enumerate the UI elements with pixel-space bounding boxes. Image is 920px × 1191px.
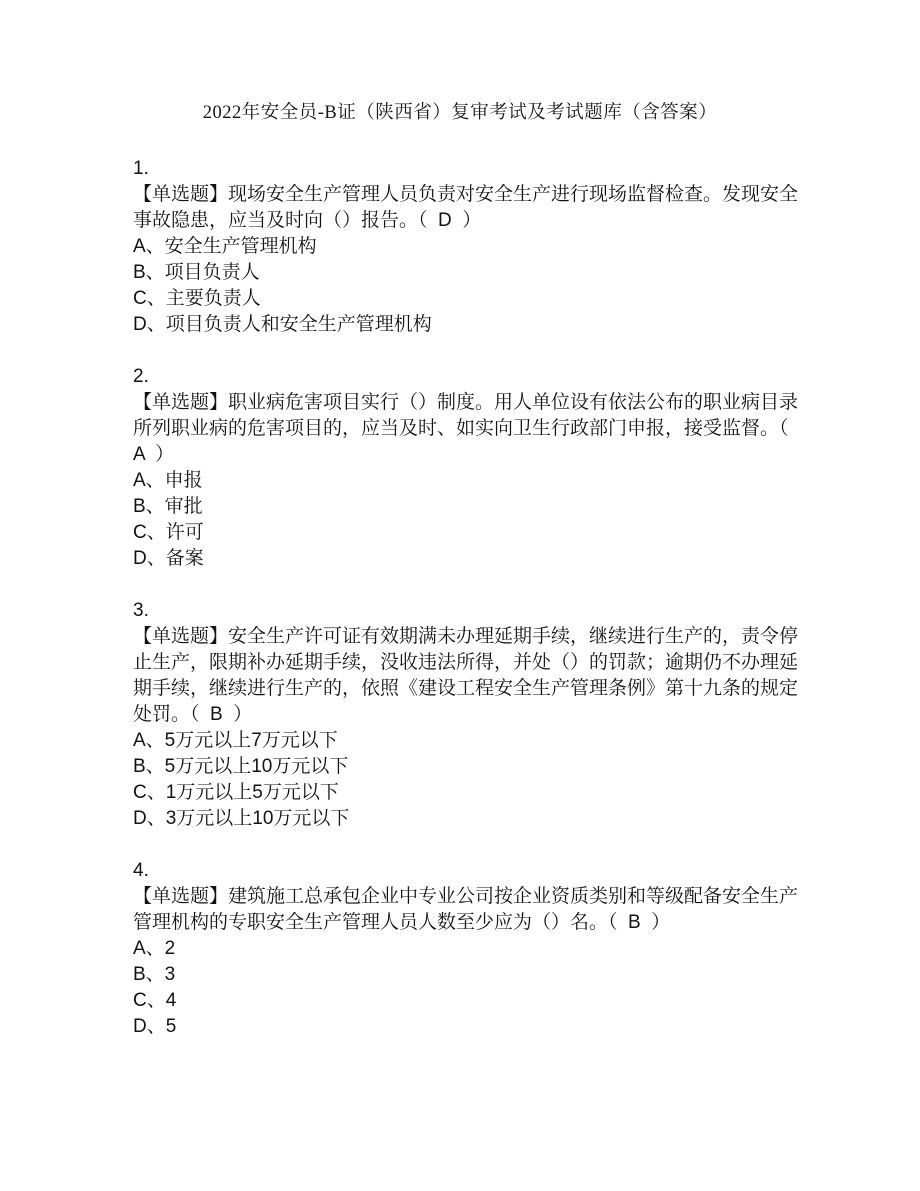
- option-item: B、3: [133, 962, 805, 988]
- question-number: 4.: [133, 858, 805, 884]
- option-item: B、5万元以上10万元以下: [133, 754, 805, 780]
- question-number: 3.: [133, 598, 805, 624]
- option-item: A、5万元以上7万元以下: [133, 728, 805, 754]
- option-item: D、5: [133, 1014, 805, 1040]
- option-item: C、主要负责人: [133, 286, 805, 312]
- option-item: D、备案: [133, 546, 805, 572]
- question-stem: 【单选题】职业病危害项目实行（）制度。用人单位设有依法公布的职业病目录所列职业病…: [133, 390, 805, 468]
- option-item: C、4: [133, 988, 805, 1014]
- question-block: 1. 【单选题】现场安全生产管理人员负责对安全生产进行现场监督检查。发现安全事故…: [133, 156, 805, 338]
- question-block: 3. 【单选题】安全生产许可证有效期满未办理延期手续，继续进行生产的，责令停止生…: [133, 598, 805, 832]
- page-title: 2022年安全员-B证（陕西省）复审考试及考试题库（含答案）: [0, 100, 920, 126]
- option-item: C、1万元以上5万元以下: [133, 780, 805, 806]
- option-item: D、3万元以上10万元以下: [133, 806, 805, 832]
- option-item: C、许可: [133, 520, 805, 546]
- question-stem: 【单选题】建筑施工总承包企业中专业公司按企业资质类别和等级配备安全生产管理机构的…: [133, 884, 805, 936]
- option-item: B、审批: [133, 494, 805, 520]
- option-item: A、申报: [133, 468, 805, 494]
- document-page: 2022年安全员-B证（陕西省）复审考试及考试题库（含答案） 1. 【单选题】现…: [0, 0, 920, 1191]
- option-item: D、项目负责人和安全生产管理机构: [133, 312, 805, 338]
- question-block: 2. 【单选题】职业病危害项目实行（）制度。用人单位设有依法公布的职业病目录所列…: [133, 364, 805, 572]
- option-item: A、2: [133, 936, 805, 962]
- question-number: 2.: [133, 364, 805, 390]
- question-list: 1. 【单选题】现场安全生产管理人员负责对安全生产进行现场监督检查。发现安全事故…: [133, 156, 805, 1040]
- option-item: B、项目负责人: [133, 260, 805, 286]
- question-block: 4. 【单选题】建筑施工总承包企业中专业公司按企业资质类别和等级配备安全生产管理…: [133, 858, 805, 1040]
- question-number: 1.: [133, 156, 805, 182]
- question-stem: 【单选题】现场安全生产管理人员负责对安全生产进行现场监督检查。发现安全事故隐患，…: [133, 182, 805, 234]
- question-stem: 【单选题】安全生产许可证有效期满未办理延期手续，继续进行生产的，责令停止生产，限…: [133, 624, 805, 728]
- option-item: A、安全生产管理机构: [133, 234, 805, 260]
